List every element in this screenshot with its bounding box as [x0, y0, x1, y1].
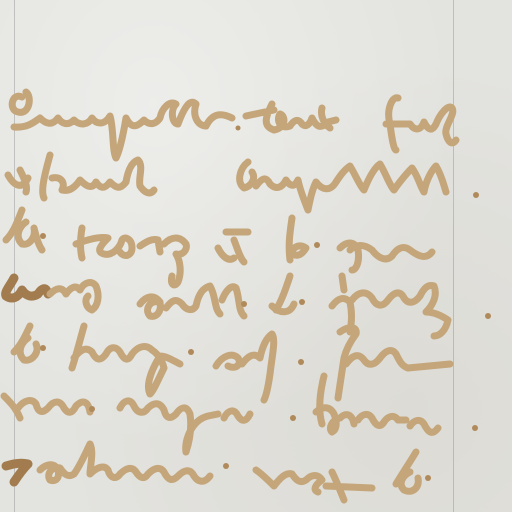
- line-3-text: d: tzorg et d: par: [10, 222, 336, 260]
- line-4-text: tres orlli: d: chmch:: [10, 282, 389, 320]
- transcription-layer: dampnulli: tout fuel especial dampnulli:…: [0, 0, 512, 512]
- line-2-text: especial dampnulli:: [10, 160, 385, 198]
- line-5-text: d: lmp: osf: fm: [10, 338, 288, 376]
- line-1-text: dampnulli: tout fuel: [10, 100, 391, 138]
- line-7-text: ralumm: vazt d:: [10, 456, 313, 494]
- manuscript-page: dampnulli: tout fuel especial dampnulli:…: [0, 0, 512, 512]
- line-6-text: vom: mpm: porzn:: [10, 398, 359, 436]
